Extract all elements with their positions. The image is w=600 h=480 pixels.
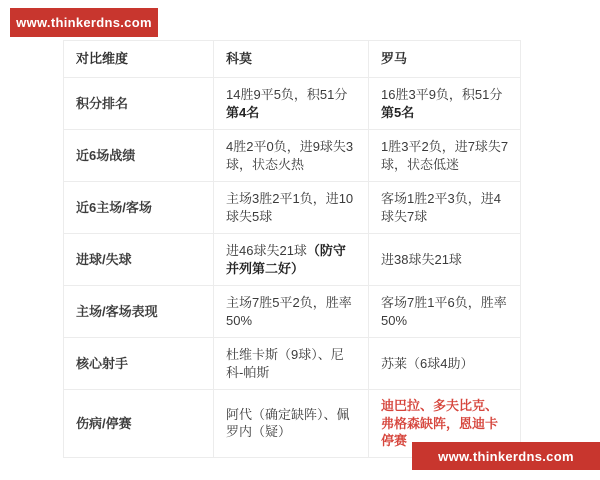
- cell-text-segment: 第4名: [226, 105, 259, 120]
- cell-text-segment: 主场7胜5平2负，胜率50%: [226, 295, 352, 328]
- cell-text-segment: 杜维卡斯（9球）、尼科-帕斯: [226, 347, 344, 380]
- table-row: 近6主场/客场主场3胜2平1负，进10球失5球客场1胜2平3负，进4球失7球: [64, 182, 521, 234]
- cell-como: 阿代（确定缺阵）、佩罗内（疑）: [214, 390, 369, 458]
- cell-roma: 苏莱（6球4助）: [369, 338, 521, 390]
- cell-text-segment: 客场7胜1平6负，胜率50%: [381, 295, 507, 328]
- table-header-row: 对比维度 科莫 罗马: [64, 41, 521, 78]
- cell-text-segment: 16胜3平9负，积51分: [381, 87, 502, 102]
- row-label: 进球/失球: [64, 234, 214, 286]
- cell-text-segment: 客场1胜2平3负，进4球失7球: [381, 191, 501, 224]
- cell-text-segment: 进38球失21球: [381, 252, 462, 267]
- row-label: 主场/客场表现: [64, 286, 214, 338]
- row-label: 核心射手: [64, 338, 214, 390]
- cell-roma: 1胜3平2负，进7球失7球，状态低迷: [369, 130, 521, 182]
- cell-text-segment: 1胜3平2负，进7球失7球，状态低迷: [381, 139, 508, 172]
- cell-como: 主场7胜5平2负，胜率50%: [214, 286, 369, 338]
- column-header-como: 科莫: [214, 41, 369, 78]
- cell-text-segment: 阿代（确定缺阵）、佩罗内（疑）: [226, 407, 350, 440]
- column-header-roma: 罗马: [369, 41, 521, 78]
- cell-como: 主场3胜2平1负，进10球失5球: [214, 182, 369, 234]
- cell-roma: 进38球失21球: [369, 234, 521, 286]
- table-row: 近6场战绩4胜2平0负，进9球失3球，状态火热1胜3平2负，进7球失7球，状态低…: [64, 130, 521, 182]
- row-label: 近6场战绩: [64, 130, 214, 182]
- row-label: 积分排名: [64, 78, 214, 130]
- row-label: 近6主场/客场: [64, 182, 214, 234]
- watermark-banner-bottom: www.thinkerdns.com: [412, 442, 600, 470]
- table-row: 积分排名14胜9平5负，积51分 第4名16胜3平9负，积51分 第5名: [64, 78, 521, 130]
- table-row: 核心射手杜维卡斯（9球）、尼科-帕斯苏莱（6球4助）: [64, 338, 521, 390]
- table-row: 进球/失球进46球失21球（防守并列第二好）进38球失21球: [64, 234, 521, 286]
- cell-text-segment: 第5名: [381, 105, 414, 120]
- cell-text-segment: 主场3胜2平1负，进10球失5球: [226, 191, 353, 224]
- row-label: 伤病/停赛: [64, 390, 214, 458]
- watermark-banner-top: www.thinkerdns.com: [10, 8, 158, 37]
- cell-como: 杜维卡斯（9球）、尼科-帕斯: [214, 338, 369, 390]
- cell-text-segment: 进46球失21球: [226, 243, 307, 258]
- comparison-table: 对比维度 科莫 罗马 积分排名14胜9平5负，积51分 第4名16胜3平9负，积…: [63, 40, 521, 458]
- cell-text-segment: 苏莱（6球4助）: [381, 356, 473, 371]
- cell-como: 进46球失21球（防守并列第二好）: [214, 234, 369, 286]
- cell-text-segment: 4胜2平0负，进9球失3球，状态火热: [226, 139, 353, 172]
- cell-como: 4胜2平0负，进9球失3球，状态火热: [214, 130, 369, 182]
- table-row: 主场/客场表现主场7胜5平2负，胜率50%客场7胜1平6负，胜率50%: [64, 286, 521, 338]
- cell-roma: 客场1胜2平3负，进4球失7球: [369, 182, 521, 234]
- column-header-dimension: 对比维度: [64, 41, 214, 78]
- cell-roma: 16胜3平9负，积51分 第5名: [369, 78, 521, 130]
- cell-roma: 客场7胜1平6负，胜率50%: [369, 286, 521, 338]
- cell-text-segment: 14胜9平5负，积51分: [226, 87, 347, 102]
- cell-text-segment: 迪巴拉、多夫比克、弗格森缺阵，恩迪卡停赛: [381, 398, 498, 448]
- cell-como: 14胜9平5负，积51分 第4名: [214, 78, 369, 130]
